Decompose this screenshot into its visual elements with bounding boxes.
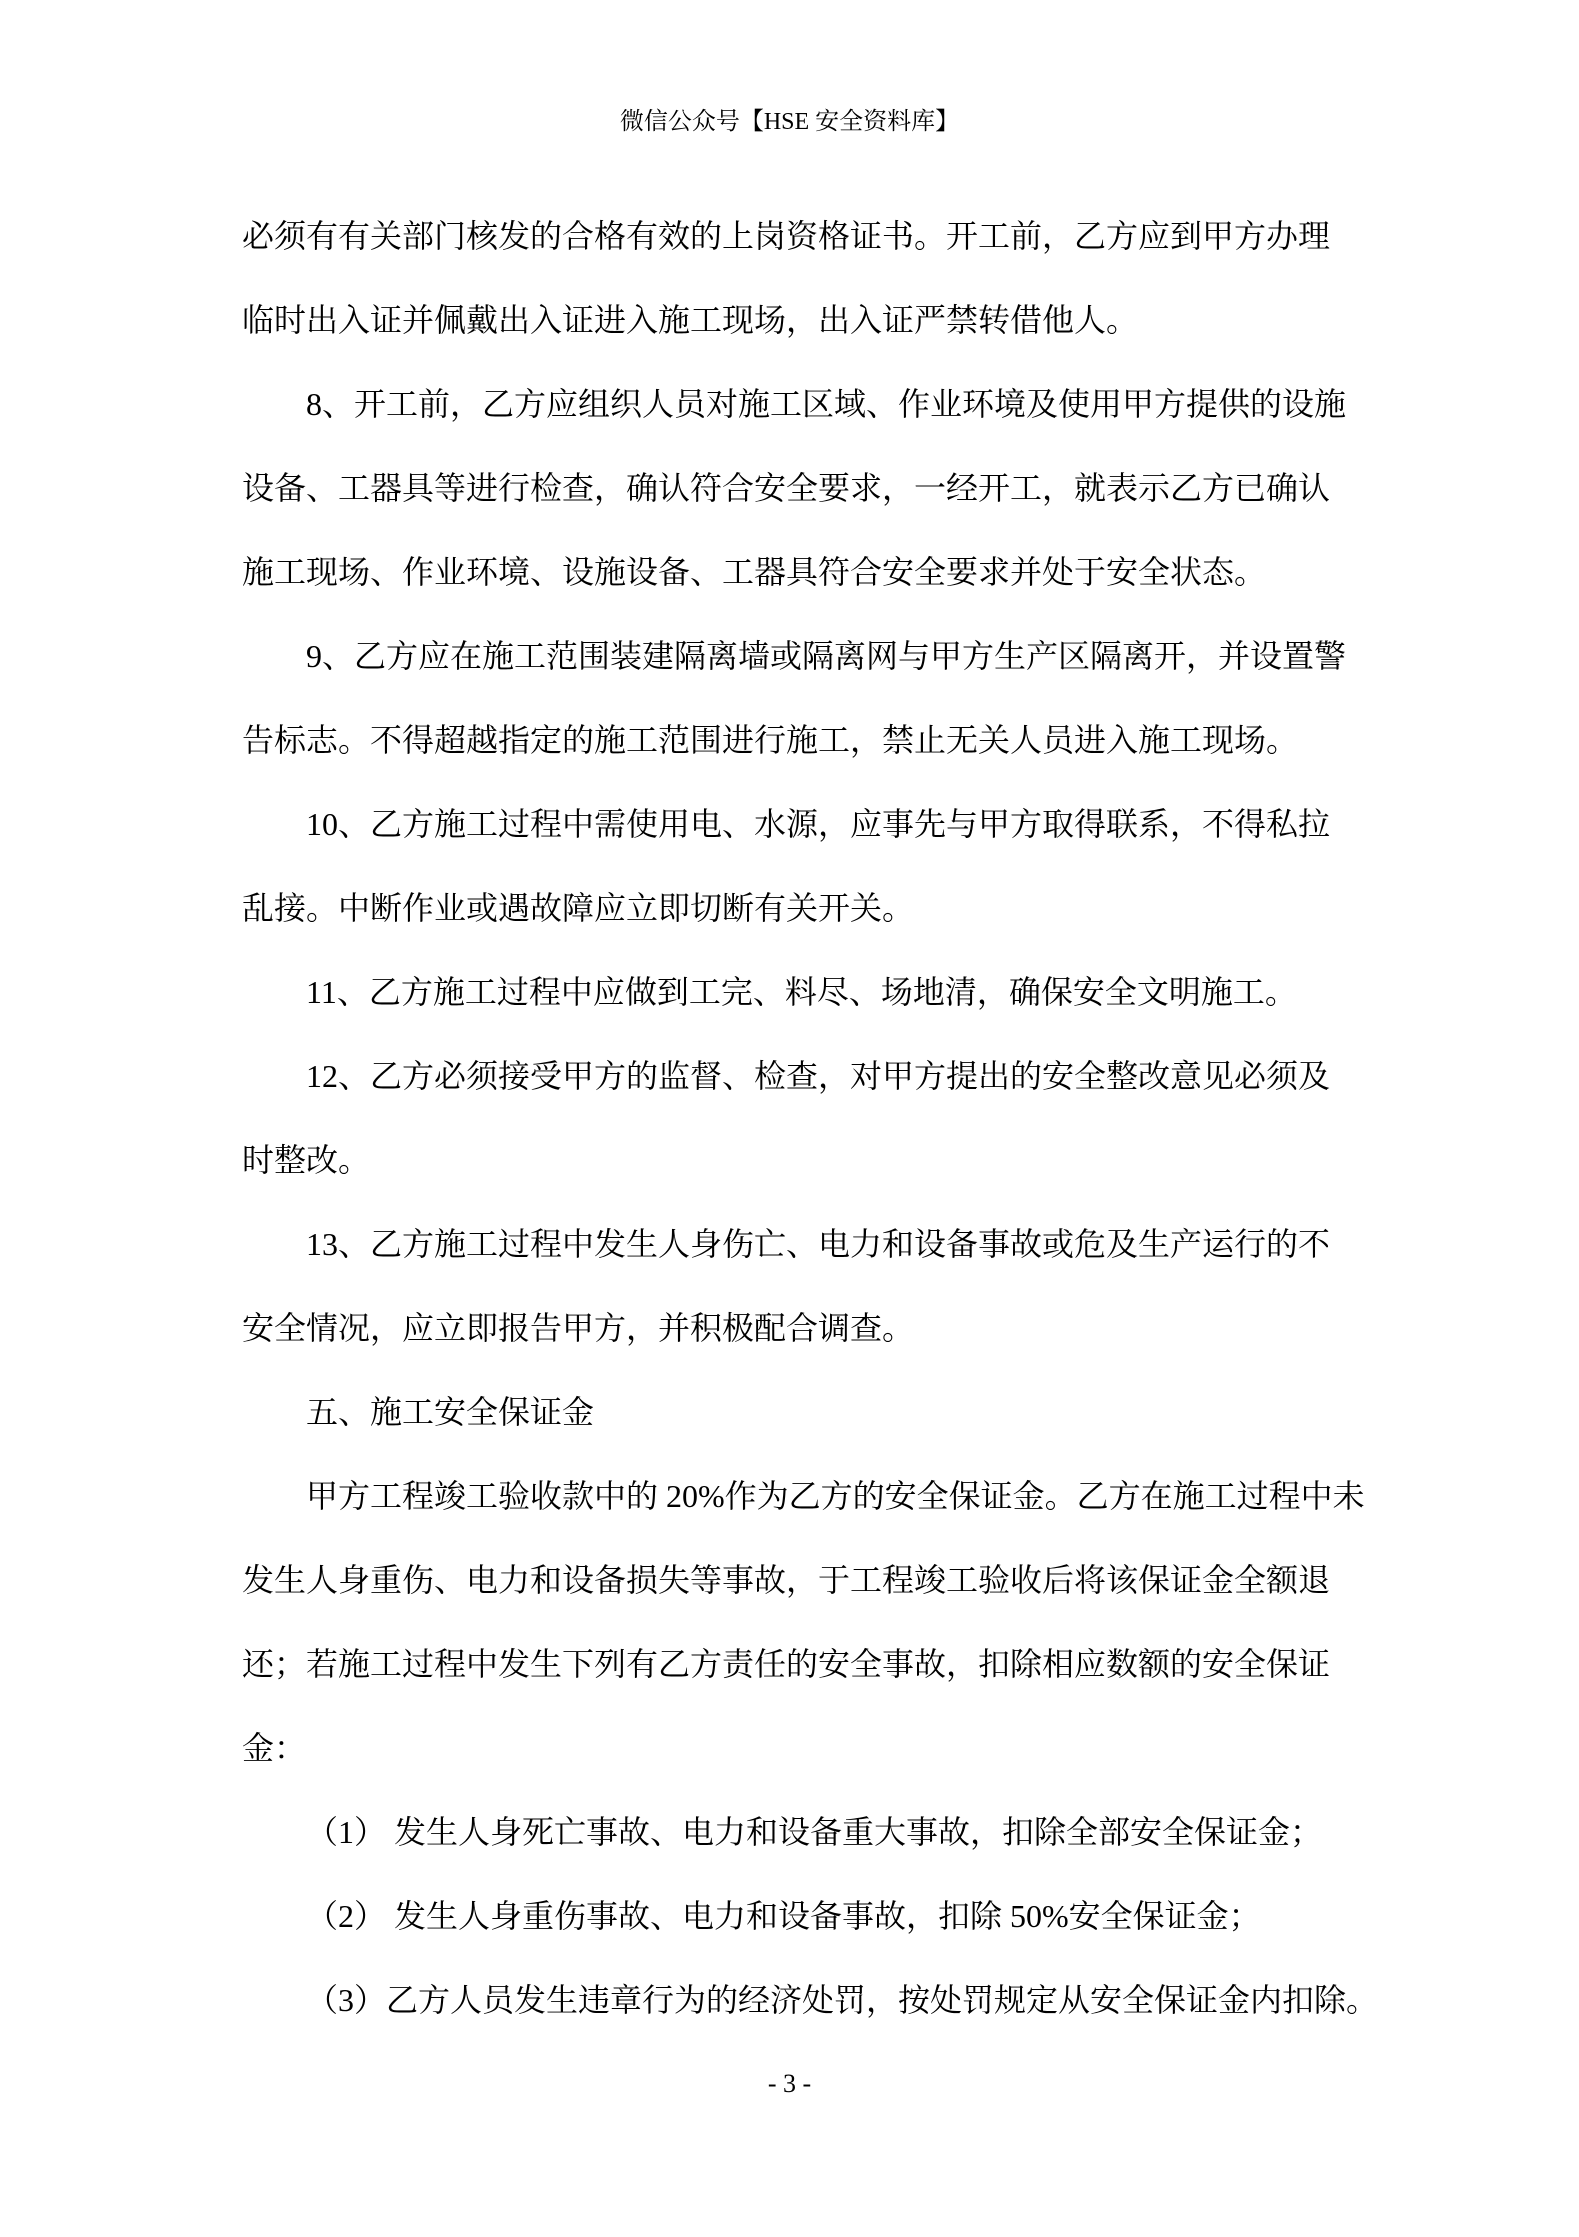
text-line: 8、开工前，乙方应组织人员对施工区域、作业环境及使用甲方提供的设施 <box>242 362 1342 446</box>
text-line: 发生人身重伤、电力和设备损失等事故，于工程竣工验收后将该保证金全额退 <box>242 1538 1342 1622</box>
text-line: 临时出入证并佩戴出入证进入施工现场，出入证严禁转借他人。 <box>242 278 1342 362</box>
text-line: 设备、工器具等进行检查，确认符合安全要求，一经开工，就表示乙方已确认 <box>242 446 1342 530</box>
document-body: 必须有有关部门核发的合格有效的上岗资格证书。开工前，乙方应到甲方办理临时出入证并… <box>242 194 1342 2042</box>
text-line: 9、乙方应在施工范围装建隔离墙或隔离网与甲方生产区隔离开，并设置警 <box>242 614 1342 698</box>
page-header: 微信公众号【HSE 安全资料库】 <box>0 104 1579 140</box>
text-line: 11、乙方施工过程中应做到工完、料尽、场地清，确保安全文明施工。 <box>242 950 1342 1034</box>
text-line: 10、乙方施工过程中需使用电、水源，应事先与甲方取得联系，不得私拉 <box>242 782 1342 866</box>
text-line: （1） 发生人身死亡事故、电力和设备重大事故，扣除全部安全保证金； <box>242 1790 1342 1874</box>
text-line: （3）乙方人员发生违章行为的经济处罚，按处罚规定从安全保证金内扣除。 <box>242 1958 1342 2042</box>
text-line: 乱接。中断作业或遇故障应立即切断有关开关。 <box>242 866 1342 950</box>
text-line: （2） 发生人身重伤事故、电力和设备事故，扣除 50%安全保证金； <box>242 1874 1342 1958</box>
text-line: 时整改。 <box>242 1118 1342 1202</box>
text-line: 还；若施工过程中发生下列有乙方责任的安全事故，扣除相应数额的安全保证 <box>242 1622 1342 1706</box>
text-line: 甲方工程竣工验收款中的 20%作为乙方的安全保证金。乙方在施工过程中未 <box>242 1454 1342 1538</box>
page-number: - 3 - <box>0 2066 1579 2102</box>
document-page: 微信公众号【HSE 安全资料库】 必须有有关部门核发的合格有效的上岗资格证书。开… <box>0 0 1579 2237</box>
text-line: 金： <box>242 1706 1342 1790</box>
text-line: 必须有有关部门核发的合格有效的上岗资格证书。开工前，乙方应到甲方办理 <box>242 194 1342 278</box>
text-line: 13、乙方施工过程中发生人身伤亡、电力和设备事故或危及生产运行的不 <box>242 1202 1342 1286</box>
text-line: 五、施工安全保证金 <box>242 1370 1342 1454</box>
text-line: 12、乙方必须接受甲方的监督、检查，对甲方提出的安全整改意见必须及 <box>242 1034 1342 1118</box>
text-line: 安全情况，应立即报告甲方，并积极配合调查。 <box>242 1286 1342 1370</box>
text-line: 告标志。不得超越指定的施工范围进行施工，禁止无关人员进入施工现场。 <box>242 698 1342 782</box>
text-line: 施工现场、作业环境、设施设备、工器具符合安全要求并处于安全状态。 <box>242 530 1342 614</box>
